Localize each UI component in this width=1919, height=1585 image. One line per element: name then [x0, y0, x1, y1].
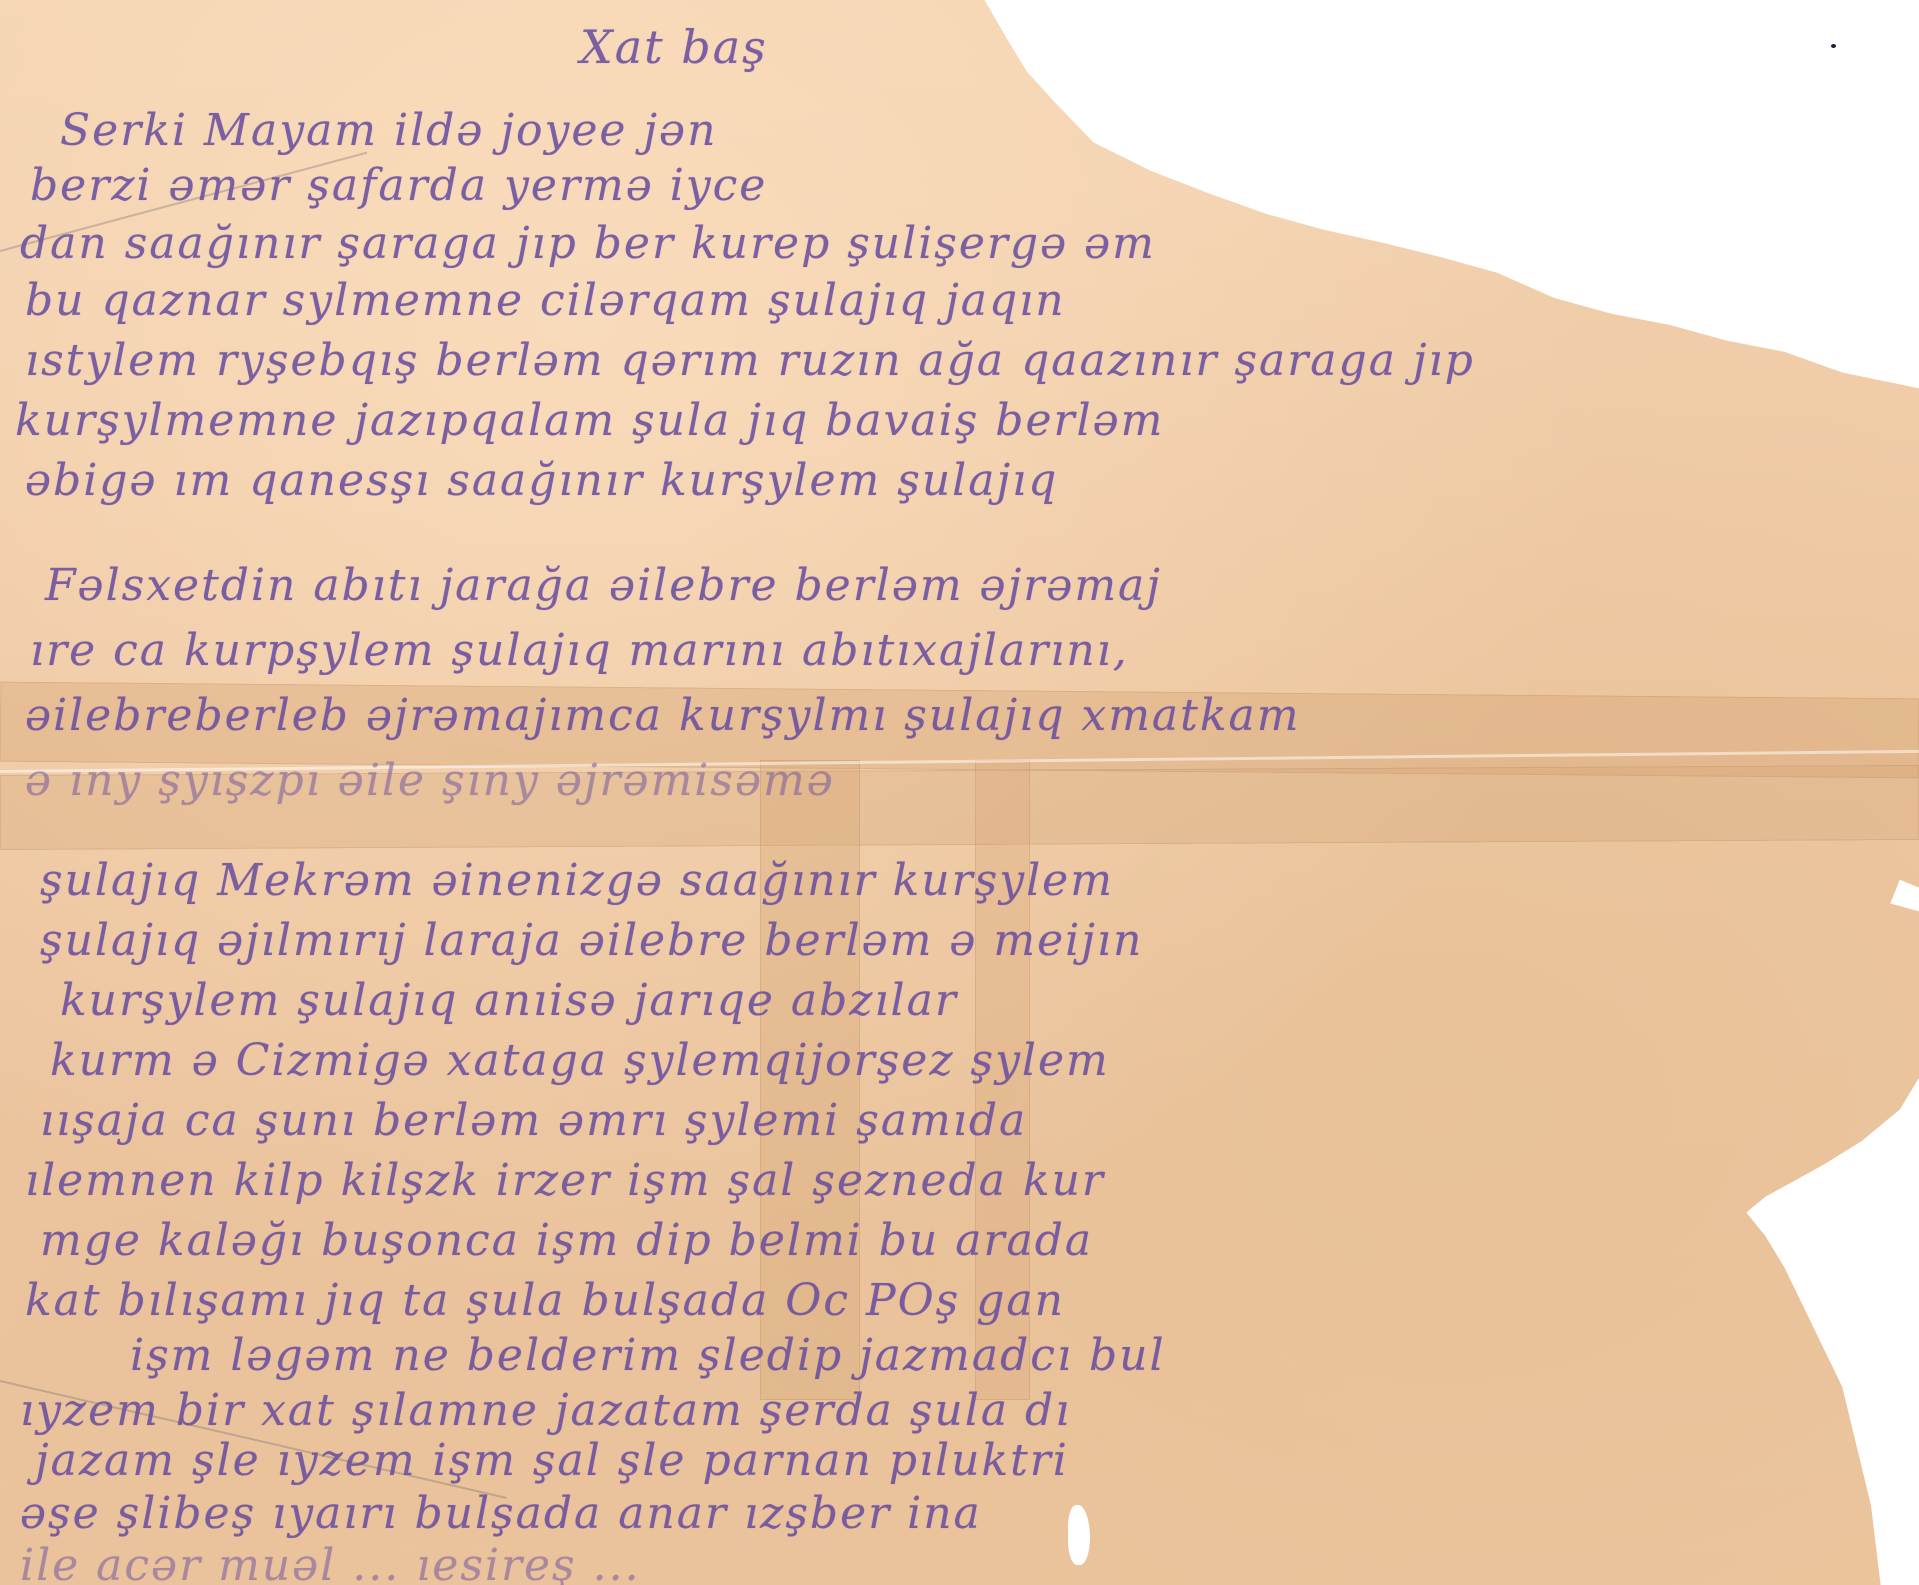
letter-line: ıre ca kurpşylem şulajıq marını abıtıxaj… — [30, 625, 1129, 676]
letter-line: bu qaznar sylmemne cilərqam şulajıq jaqı… — [25, 275, 1066, 326]
letter-line: kurşylem şulajıq anıisə jarıqe abzılar — [60, 975, 958, 1026]
letter-line: şulajıq əjılmırıj laraja əilebre berləm … — [40, 915, 1143, 966]
letter-line: ıstylem ryşebqış berləm qərım ruzın ağa … — [25, 335, 1475, 386]
letter-line: ıyzem bir xat şılamne jazatam şerda şula… — [20, 1385, 1071, 1436]
letter-line: berzi əmər şafarda yermə iyce — [30, 160, 767, 211]
letter-line: əşe şlibeş ıyaırı bulşada anar ızşber in… — [20, 1488, 982, 1539]
letter-line: ıışaja ca şunı berləm əmrı şylemi şamıda — [40, 1095, 1027, 1146]
letter-line: ə ıny şyışzpı əile şıny əjrəmisəmə — [25, 755, 835, 806]
letter-line: kurm ə Cizmigə xataga şylemqijorşez şyle… — [50, 1035, 1110, 1086]
letter-line: ile acər muəl ... ıesireş ... — [20, 1540, 641, 1585]
letter-line: kat bılışamı jıq ta şula bulşada Oc POş … — [25, 1275, 1065, 1326]
ink-speck — [1831, 44, 1836, 48]
letter-line: jazam şle ıyzem işm şal şle parnan pıluk… — [35, 1435, 1069, 1486]
letter-line: ılemnen kilp kilşzk irzer işm şal şezned… — [25, 1155, 1105, 1206]
letter-line: kurşylmemne jazıpqalam şula jıq bavaiş b… — [15, 395, 1164, 446]
letter-line: mge kaləğı buşonca işm dip belmi bu arad… — [40, 1215, 1093, 1266]
letter-line: dan saağınır şaraga jıp ber kurep şulişe… — [20, 218, 1156, 269]
letter-line: şulajıq Mekrəm əinenizgə saağınır kurşyl… — [40, 855, 1114, 906]
letter-line: əilebreberleb əjrəmajımca kurşylmı şulaj… — [25, 690, 1300, 741]
letter-line: işm ləgəm ne belderim şledip jazmadcı bu… — [130, 1330, 1166, 1381]
letter-line: Serki Mayam ildə joyee jən — [60, 105, 717, 156]
letter-line: Fəlsxetdin abıtı jarağa əilebre berləm ə… — [45, 560, 1162, 611]
letter-line: əbigə ım qanesşı saağınır kurşylem şulaj… — [25, 455, 1058, 506]
letter-heading: Xat baş — [580, 20, 768, 74]
